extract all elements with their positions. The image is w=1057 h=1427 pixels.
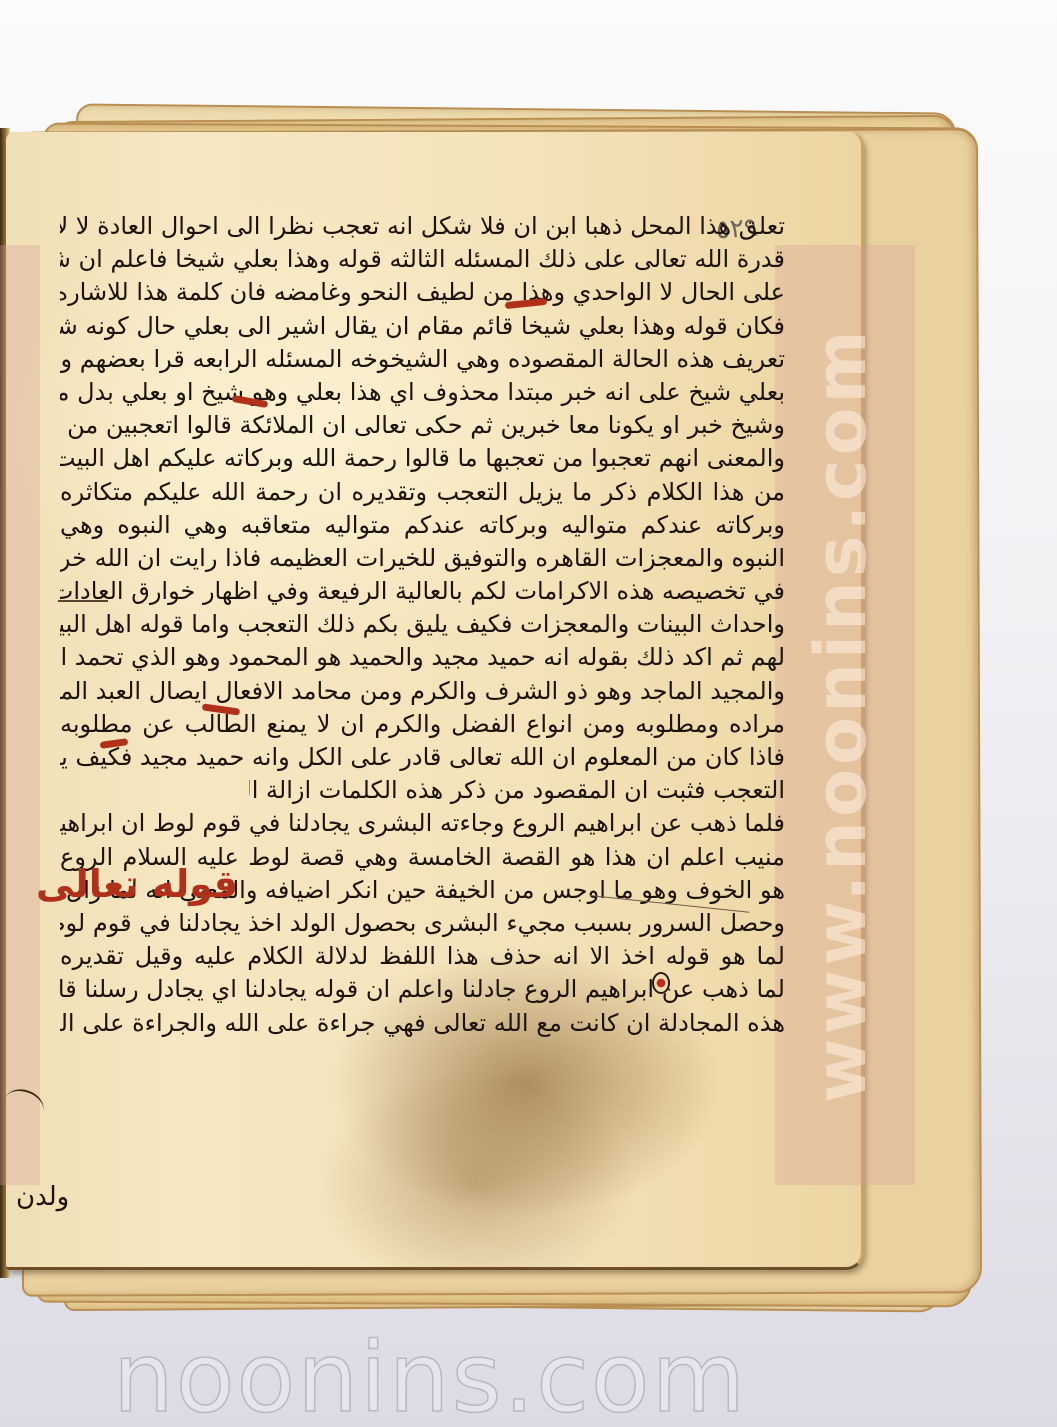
catchword: ولدن [16,1182,69,1212]
text-line: قدرة الله تعالى على ذلك المسئله الثالثه … [60,243,785,276]
ruling-line [58,600,108,602]
text-line: هذه المجادلة ان كانت مع الله تعالى فهي ج… [60,1007,785,1040]
text-line: فكان قوله وهذا بعلي شيخا قائم مقام ان يق… [60,310,785,343]
text-line: تعريف هذه الحالة المقصوده وهي الشيخوخه ا… [60,343,785,376]
text-line: تعلق هذا المحل ذهبا ابن ان فلا شكل انه ت… [60,210,785,243]
text-line: وحصل السرور بسبب مجيء البشرى بحصول الولد… [60,907,785,940]
text-line: واحداث البينات والمعجزات فكيف يليق بكم ذ… [60,608,785,641]
text-line: والمعنى انهم تعجبوا من تعجبها ما قالوا ر… [60,442,785,475]
text-line: بعلي شيخ على انه خبر مبتدا محذوف اي هذا … [60,376,785,409]
text-line: النبوه والمعجزات القاهره والتوفيق للخيرا… [60,542,785,575]
text-line: في تخصيصه هذه الاكرامات لكم بالعالية الر… [60,575,785,608]
text-line: وشيخ خبر او يكونا معا خبرين ثم حكى تعالى… [60,409,785,442]
text-line: وبركاته عندكم متواليه وبركاته عندكم متوا… [60,509,785,542]
rubric-heading: قوله تعالى [36,862,238,906]
text-line: والمجيد الماجد وهو ذو الشرف والكرم ومن م… [60,675,785,708]
text-line: التعجب فثبت ان المقصود من ذكر هذه الكلما… [249,774,786,807]
text-line: لما هو قوله اخذ الا انه حذف هذا اللفظ لد… [60,940,785,973]
text-line: فلما ذهب عن ابراهيم الروع وجاءته البشرى … [60,807,785,840]
text-line: لما ذهب عن ابراهيم الروع جادلنا واعلم ان… [60,973,785,1006]
text-line: مراده ومطلوبه ومن انواع الفضل والكرم ان … [60,708,785,741]
text-line: على الحال لا الواحدي وهذا من لطيف النحو … [60,276,785,309]
manuscript-text: تعلق هذا المحل ذهبا ابن ان فلا شكل انه ت… [60,210,785,1040]
verse-marker-icon [652,972,670,994]
text-line: من هذا الكلام ذكر ما يزيل التعجب وتقديره… [60,476,785,509]
watermark-panel-left [0,245,40,1185]
text-line: لهم ثم اكد ذلك بقوله انه حميد مجيد والحم… [60,641,785,674]
manuscript-photo: ٥٢٩ تعلق هذا المحل ذهبا ابن ان فلا شكل ا… [0,0,1057,1427]
watermark-bottom: noonins.com [110,1322,750,1427]
watermark-vertical: www.noonins.com [800,250,890,1180]
text-line: فاذا كان من المعلوم ان الله تعالى قادر ع… [60,741,785,774]
